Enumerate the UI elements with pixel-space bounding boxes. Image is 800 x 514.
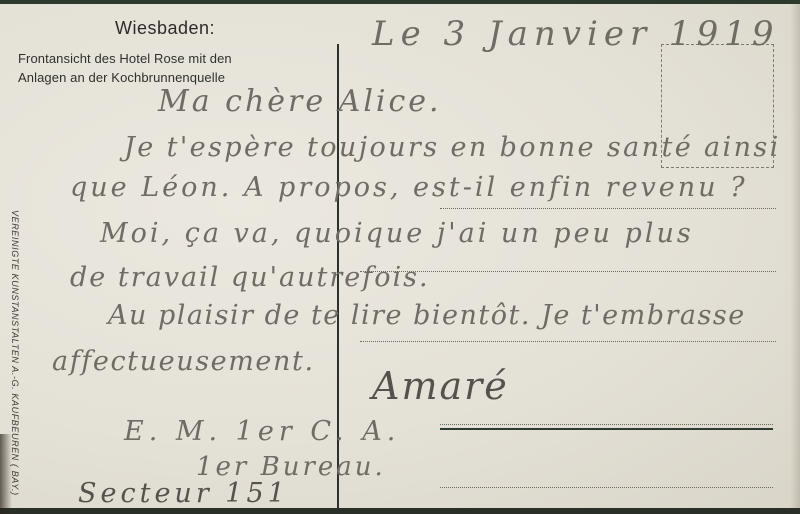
address-line-5 <box>440 487 773 488</box>
handwritten-salutation: Ma chère Alice. <box>158 84 442 119</box>
publisher-imprint-text: VEREINIGTE KUNSTANSTALTEN A.-G. KAUFBEUR… <box>10 210 20 496</box>
sender-unit-line: E. M. 1er C. A. <box>124 416 400 447</box>
handwritten-date: Le 3 Janvier 1919 <box>372 14 780 54</box>
publisher-imprint: VEREINIGTE KUNSTANSTALTEN A.-G. KAUFBEUR… <box>6 210 22 510</box>
handwritten-line-4: de travail qu'autrefois. <box>70 262 430 293</box>
address-line-4 <box>440 424 773 425</box>
printed-caption-line-1: Frontansicht des Hotel Rose mit den <box>18 51 232 66</box>
address-line-1 <box>440 208 776 209</box>
handwritten-line-5: Au plaisir de te lire bientôt. Je t'embr… <box>108 300 746 331</box>
printed-title: Wiesbaden: <box>0 18 330 39</box>
postcard-back: Wiesbaden: Frontansicht des Hotel Rose m… <box>0 0 800 514</box>
printed-caption-line-2: Anlagen an der Kochbrunnenquelle <box>18 70 225 85</box>
sender-sector-line: Secteur 151 <box>78 478 289 509</box>
handwritten-line-3: Moi, ça va, quoique j'ai un peu plus <box>100 218 694 249</box>
address-line-3 <box>360 341 776 342</box>
handwritten-signature: Amaré <box>372 364 509 408</box>
handwritten-line-1: Je t'espère toujours en bonne santé ains… <box>124 132 781 163</box>
address-solid-line <box>440 428 773 430</box>
handwritten-line-6: affectueusement. <box>52 346 315 377</box>
handwritten-line-2: que Léon. A propos, est-il enfin revenu … <box>70 172 748 203</box>
